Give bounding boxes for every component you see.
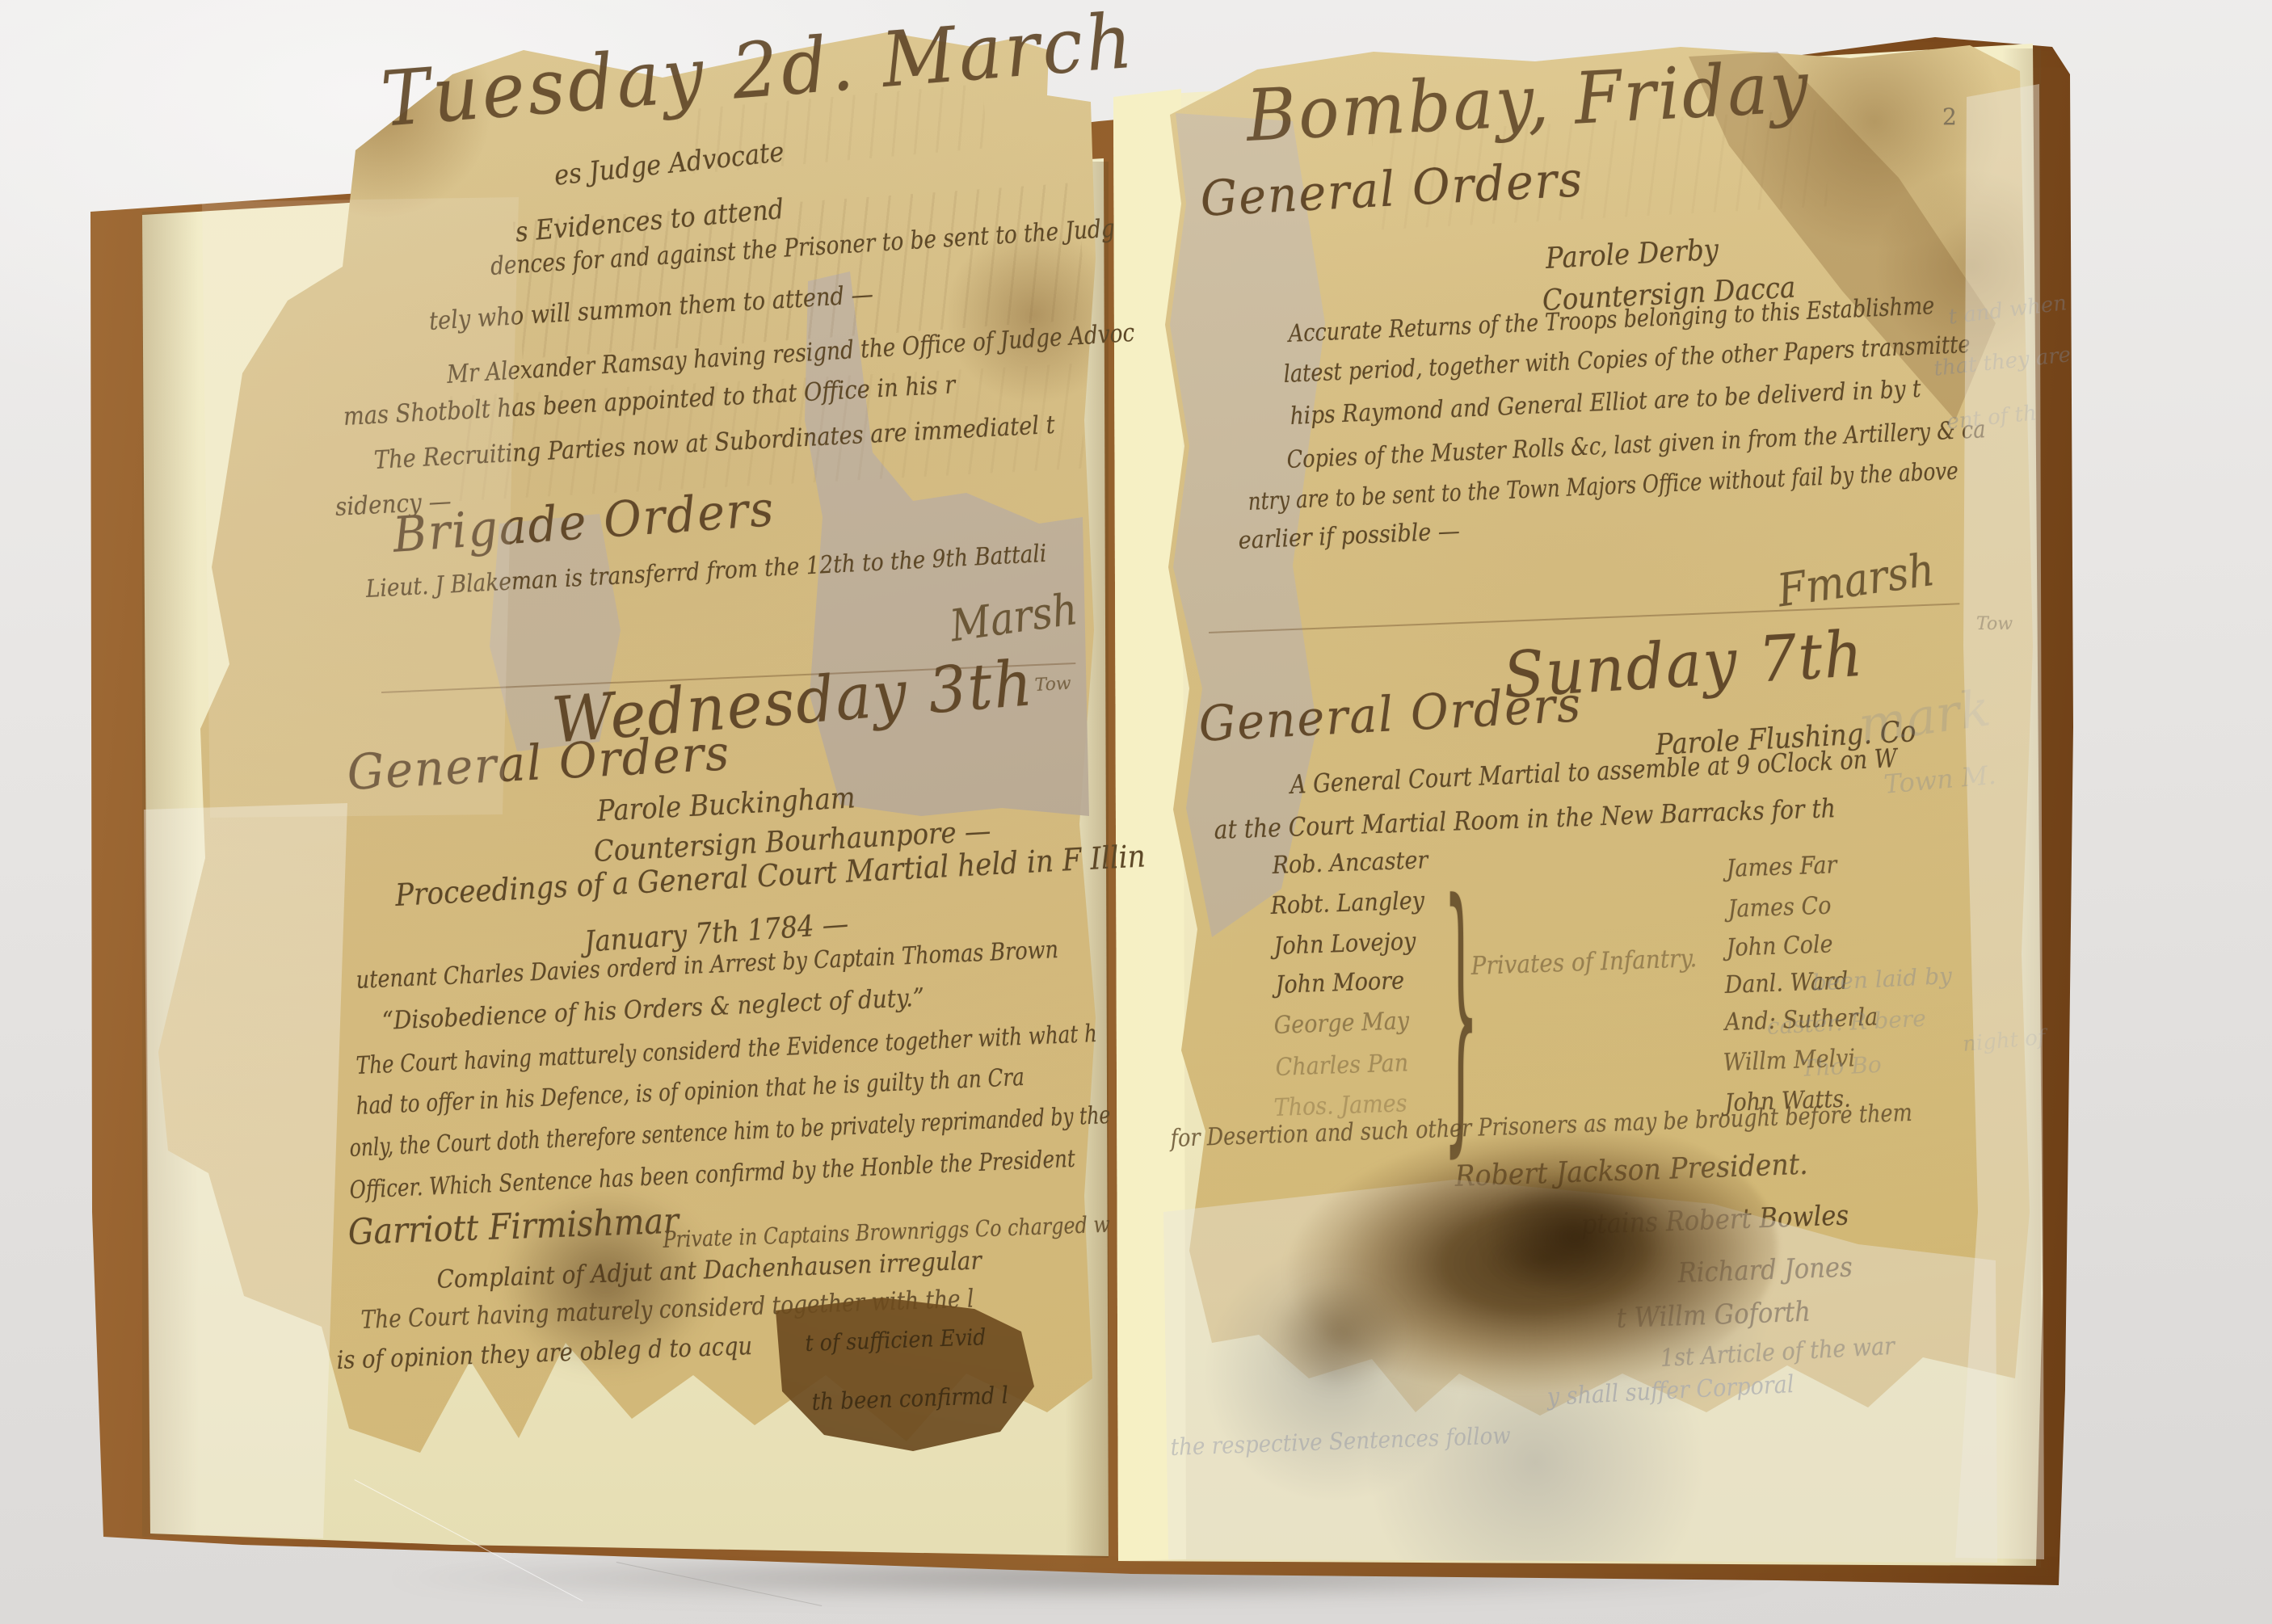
name-list-item: John Cole (1726, 930, 1833, 962)
name-list-item: Rob. Ancaster (1272, 846, 1428, 880)
name-list-item: George May (1273, 1007, 1410, 1040)
stain (1251, 1260, 1428, 1406)
page-number: 2 (1942, 103, 1957, 130)
stain (452, 1147, 759, 1414)
name-list-item: Charles Pan (1275, 1049, 1409, 1082)
photo-of-open-manuscript-book: Tuesday 2d. March es Judge Advocate s Ev… (0, 0, 2272, 1624)
name-list-item: John Moore (1275, 966, 1405, 999)
name-list-item: James Far (1726, 851, 1837, 883)
pencil-note: Tho Bo (1800, 1051, 1882, 1082)
name-list-item: John Lovejoy (1273, 928, 1416, 961)
name-list-item: James Co (1727, 892, 1832, 923)
name-list-item: Robt. Langley (1270, 886, 1425, 920)
signature-caption: Tow (1034, 674, 1071, 696)
stain (1454, 1155, 1697, 1317)
